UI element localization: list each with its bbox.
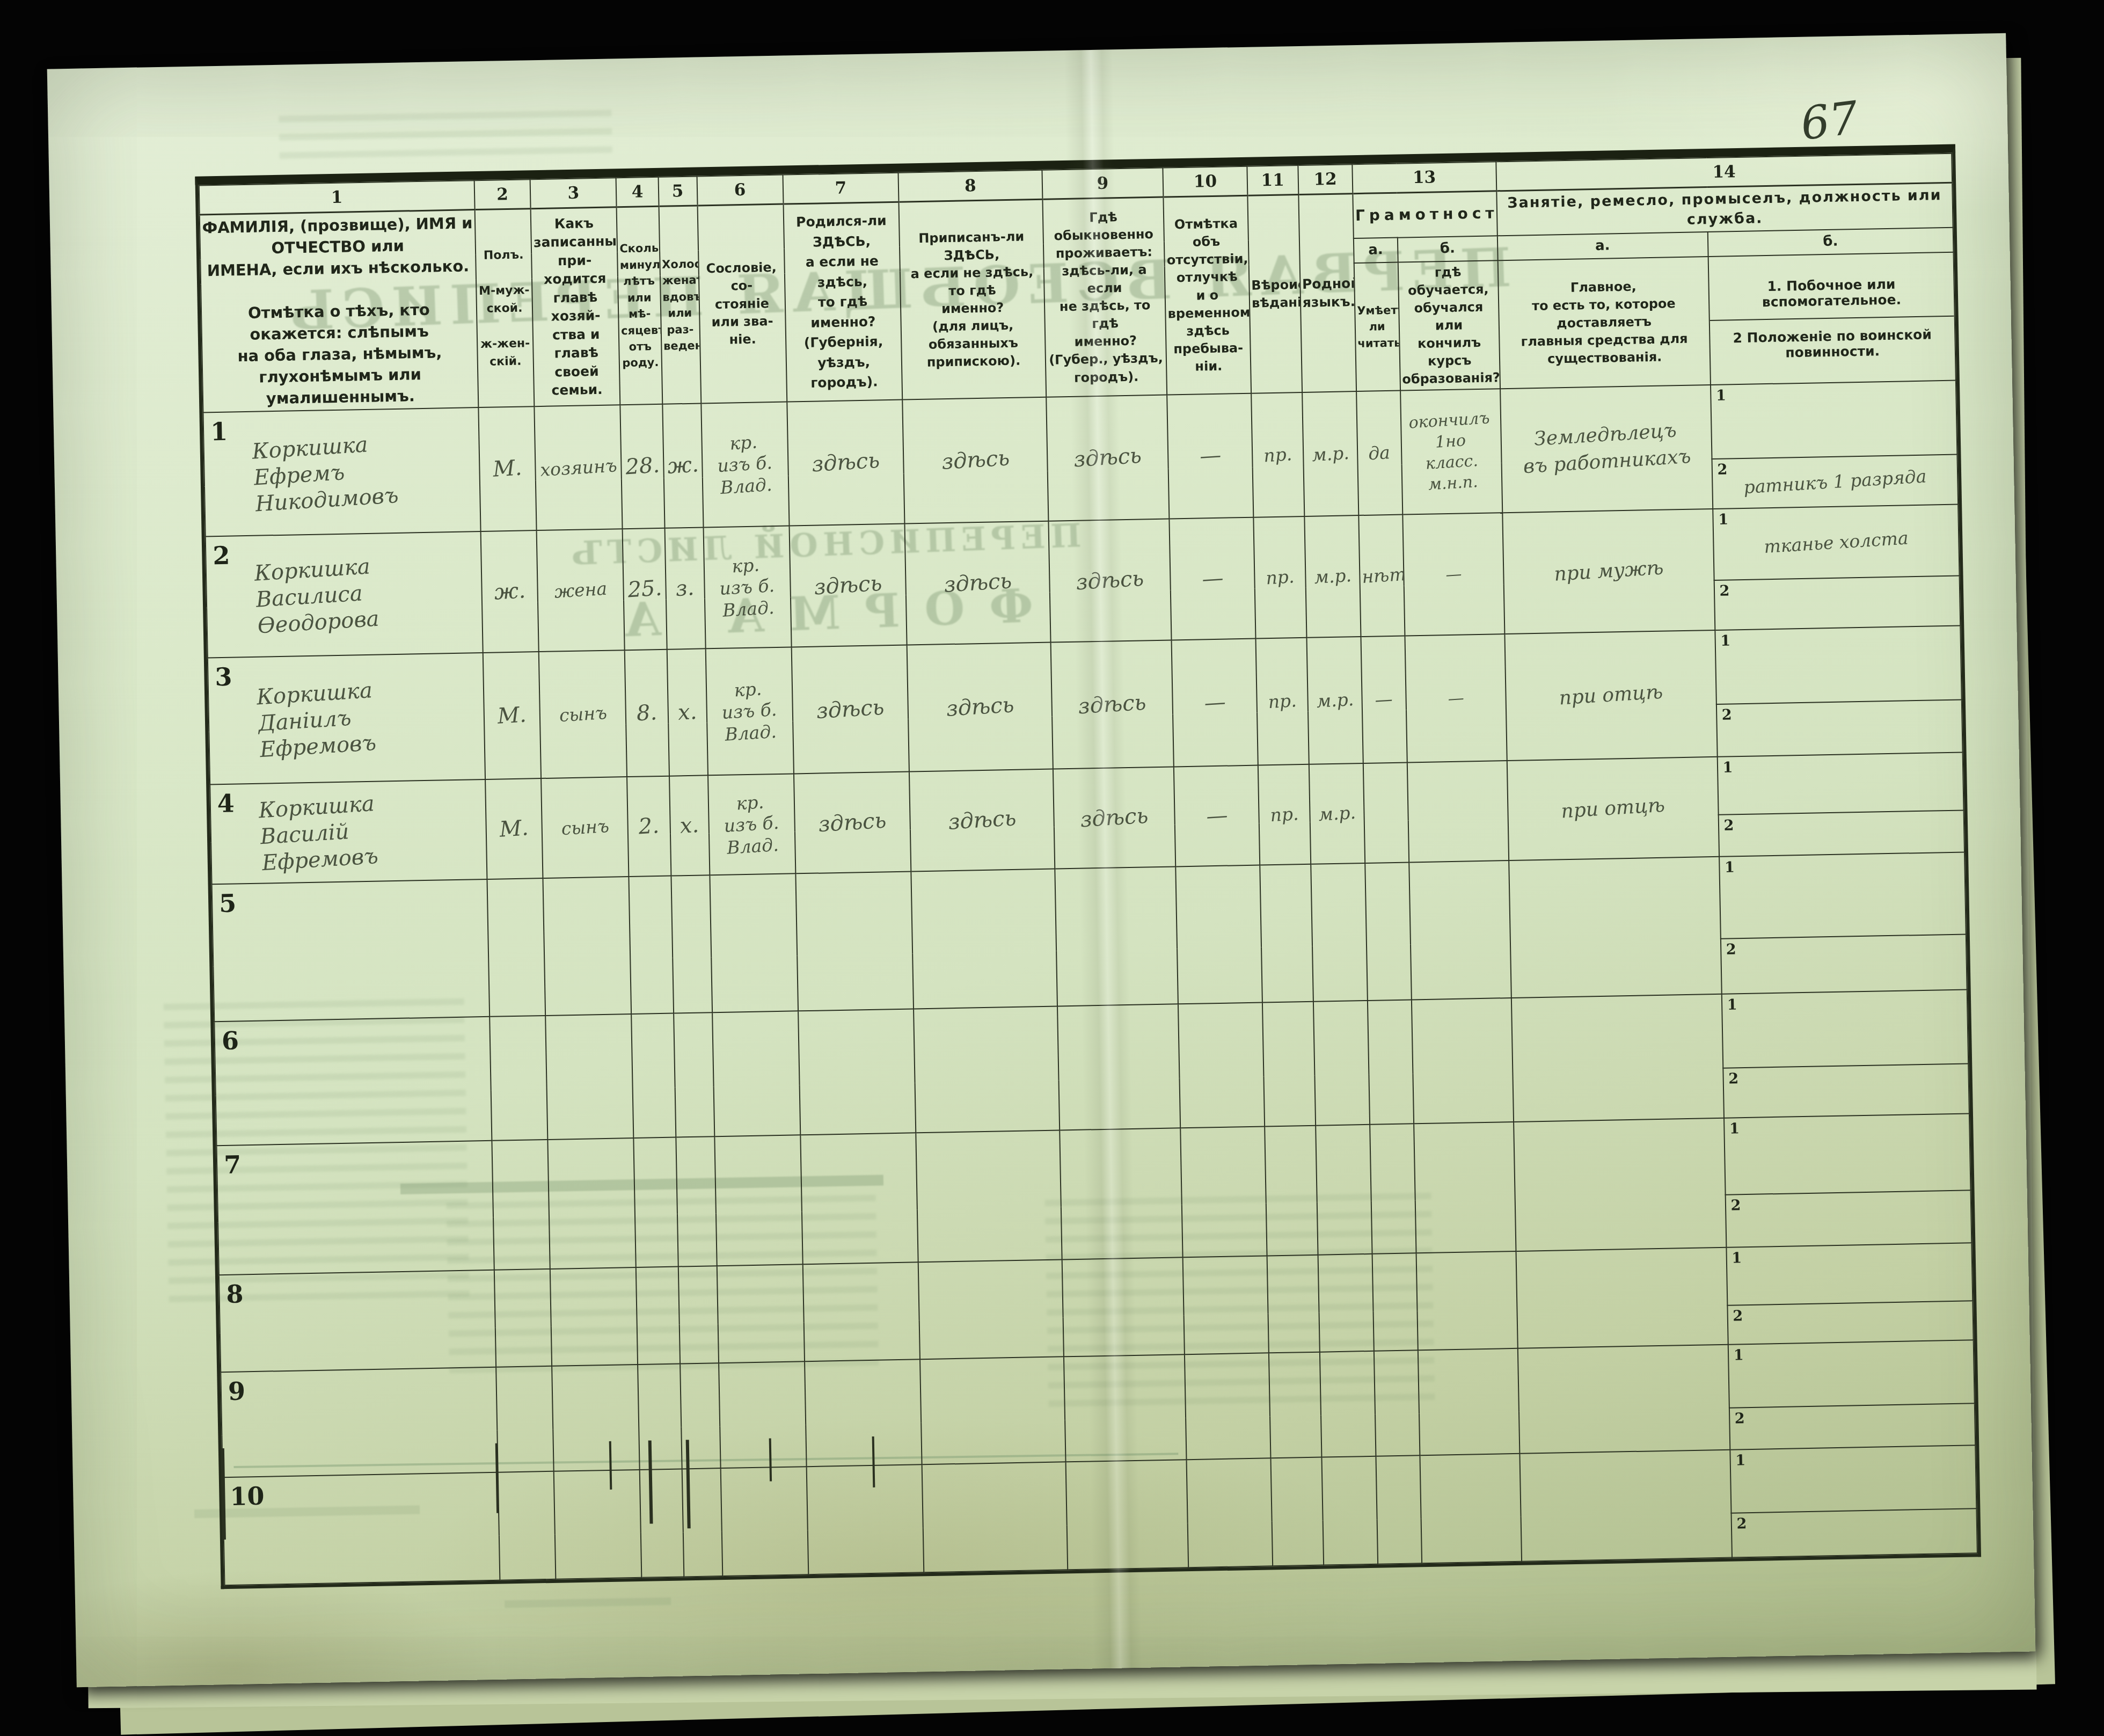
cell-language [1321, 1456, 1378, 1565]
cell-registration: здѣсь [909, 769, 1055, 872]
cell-sex [490, 1016, 548, 1141]
row-number: 7 [224, 1150, 242, 1180]
cell-occupation-side-1: 1 [1724, 1114, 1971, 1195]
cell-religion [1260, 864, 1313, 1003]
header-col-religion: Вѣроиспо- вѣданіе. [1247, 195, 1302, 393]
cell-language [1311, 863, 1368, 1002]
cell-estate [714, 1135, 802, 1266]
cell-registration [914, 1006, 1060, 1133]
hw-name: Коркишка Даніилъ Ефремовъ [256, 677, 377, 763]
cell-age [631, 1013, 676, 1138]
cell-language [1318, 1254, 1374, 1352]
cell-estate: кр. изъ б. Влад. [708, 774, 795, 876]
cell-literacy-read [1376, 1456, 1421, 1564]
cell-language [1320, 1351, 1376, 1457]
cell-residence [1055, 867, 1178, 1006]
cell-registration: здѣсь [907, 643, 1053, 772]
cell-occupation-side-2: 2 [1718, 811, 1964, 857]
cell-relation [552, 1365, 640, 1471]
cell-birthplace: здѣсь [794, 772, 911, 874]
cell-name: 2Коркишка Василиса Ѳеодорова [206, 531, 483, 658]
cell-language [1316, 1125, 1372, 1255]
header-occupation-side-2: 2 Положеніе по воинской повинности. [1709, 317, 1955, 371]
row-number: 6 [221, 1026, 239, 1056]
cell-relation [543, 877, 632, 1016]
cell-literacy-read: нѣт. [1358, 515, 1405, 637]
cell-estate [717, 1265, 804, 1363]
cell-residence: здѣсь [1050, 640, 1174, 769]
cell-residence: здѣсь [1046, 395, 1170, 521]
cell-occupation-main [1509, 857, 1722, 998]
cell-birthplace [798, 1009, 916, 1135]
cell-marital: ж. [662, 404, 703, 528]
header-occupation-side-1: 1. Побочное или вспомогательное. [1709, 266, 1954, 321]
cell-sex: М. [485, 778, 543, 879]
header-col-language: Родной языкъ. [1298, 194, 1356, 393]
cell-relation [550, 1267, 638, 1366]
col-number: 8 [898, 170, 1043, 202]
cell-birthplace [802, 1263, 920, 1362]
bleedthrough-paragraph [279, 110, 612, 164]
header-col-name: ФАМИЛІЯ, (прозвище), ИМЯ и ОТЧЕСТВО или … [200, 210, 478, 413]
cell-occupation-main [1519, 1450, 1732, 1562]
cell-age: 25. [623, 528, 667, 650]
cell-estate [719, 1362, 807, 1469]
cell-occupation-side-1: 1тканье холста [1713, 505, 1960, 580]
cell-relation [554, 1470, 642, 1579]
cell-absence [1183, 1256, 1269, 1355]
cell-occupation-main [1518, 1345, 1730, 1454]
cell-religion [1265, 1126, 1318, 1256]
cell-religion: пр. [1256, 638, 1309, 765]
cell-religion: пр. [1253, 516, 1306, 639]
cell-estate: кр. изъ б. Влад. [705, 647, 793, 776]
cell-registration [922, 1462, 1068, 1573]
cell-age [629, 876, 674, 1014]
cell-birthplace: здѣсь [791, 645, 909, 774]
cell-religion: пр. [1251, 392, 1304, 517]
cell-occupation-side-2: 2 [1716, 700, 1963, 757]
row-number: 8 [226, 1280, 244, 1309]
cell-literacy-read [1372, 1253, 1418, 1351]
cell-occupation-side-2: 2 [1723, 1064, 1969, 1118]
header-occupation-side: 1. Побочное или вспомогательное. 2 Полож… [1708, 252, 1956, 385]
cell-residence [1060, 1128, 1183, 1260]
header-literacy-title: Грамотность. [1353, 191, 1497, 238]
cell-literacy-education [1416, 1251, 1517, 1350]
row-number: 5 [219, 889, 237, 918]
row-number: 10 [230, 1482, 265, 1511]
cell-occupation-main: при отцѣ [1507, 757, 1719, 860]
cell-literacy-read [1368, 1000, 1414, 1125]
cell-sex [487, 878, 545, 1017]
cell-residence: здѣсь [1053, 767, 1176, 869]
cell-sex: М. [478, 406, 537, 531]
cell-literacy-read: да [1356, 391, 1402, 515]
hw-name: Коркишка Василиса Ѳеодорова [253, 553, 379, 639]
cell-marital: з. [664, 528, 705, 650]
header-col-birthplace: Родился-ли ЗДѢСЬ, а если не здѣсь, то гд… [783, 202, 902, 402]
cell-occupation-side-1: 1 [1728, 1340, 1974, 1408]
cell-residence [1065, 1460, 1188, 1570]
col-number: 6 [697, 175, 783, 206]
col-number: 2 [474, 179, 530, 209]
row-number: 9 [228, 1377, 245, 1406]
cell-literacy-education: — [1405, 634, 1507, 762]
cell-age [634, 1137, 678, 1267]
cell-registration [916, 1130, 1062, 1263]
header-col-age: Сколько минуло лѣтъ или мѣ- сяцевъ отъ р… [617, 206, 662, 405]
cell-occupation-side-1: 1 [1711, 381, 1957, 459]
cell-occupation-side-2: 2 [1727, 1301, 1974, 1345]
cell-age: 8. [625, 650, 669, 777]
census-table: 1 2 3 4 5 6 7 8 9 10 11 12 13 14 [195, 144, 1981, 1589]
cell-literacy-education [1418, 1348, 1519, 1455]
cell-birthplace [800, 1133, 918, 1265]
col-number: 13 [1352, 162, 1496, 193]
cell-marital [676, 1137, 717, 1267]
cell-sex [498, 1471, 556, 1580]
cell-sex [496, 1366, 554, 1472]
cell-language: м.р. [1306, 637, 1363, 764]
cell-name: 5 [212, 879, 490, 1022]
cell-name: 8 [219, 1270, 496, 1372]
header-col-absence: Отмѣтка объ отсутствіи, отлучкѣ и о врем… [1164, 195, 1251, 395]
cell-registration: здѣсь [902, 397, 1048, 524]
cell-name: 6 [214, 1017, 492, 1146]
cell-literacy-education [1414, 1122, 1516, 1253]
cell-occupation-side-1: 1 [1730, 1446, 1976, 1513]
cell-residence [1057, 1004, 1181, 1130]
header-col-sex: Полъ. М-муж- ской. ж-жен- скій. [474, 209, 534, 408]
cell-occupation-main: при отцѣ [1504, 630, 1717, 761]
header-occupation-title: Занятіе, ремесло, промыселъ, должность и… [1496, 183, 1953, 236]
cell-relation: сынъ [541, 777, 629, 878]
header-literacy-read: Умѣетъ- ли читать? [1354, 262, 1400, 391]
cell-occupation-main: Земледѣлецъ въ работникахъ [1500, 385, 1713, 513]
cell-religion [1270, 1457, 1323, 1566]
cell-age [640, 1469, 684, 1578]
cell-age: 2. [627, 776, 671, 877]
row-number: 2 [213, 541, 230, 571]
cell-literacy-read [1363, 763, 1409, 863]
page-number: 67 [1798, 91, 1861, 150]
cell-occupation-side-1: 1 [1717, 753, 1963, 815]
cell-estate: кр. изъ б. Влад. [701, 402, 789, 528]
cell-age [636, 1267, 680, 1365]
cell-literacy-education [1407, 761, 1509, 862]
cell-name: 10 [223, 1472, 500, 1585]
cell-absence [1187, 1458, 1273, 1568]
cell-birthplace [795, 872, 914, 1011]
cell-occupation-side-1: 1 [1715, 626, 1962, 704]
cell-occupation-side-2: 2 [1714, 576, 1960, 630]
cell-literacy-read [1374, 1351, 1420, 1456]
cell-occupation-main: при мужѣ [1502, 509, 1715, 634]
cell-absence: — [1174, 765, 1260, 867]
header-col-estate: Сословіе, со- стояніе или зва- ніе. [697, 204, 787, 404]
cell-birthplace: здѣсь [789, 524, 907, 647]
cell-residence [1062, 1258, 1185, 1357]
cell-birthplace [806, 1465, 924, 1575]
header-col-relation: Какъ записанный при- ходится главѣ хозяй… [531, 207, 620, 407]
cell-absence: — [1172, 639, 1258, 767]
cell-sex: ж. [480, 530, 539, 653]
cell-occupation-side-1: 1 [1721, 990, 1968, 1068]
row-number: 1 [210, 417, 228, 447]
cell-literacy-education [1409, 860, 1511, 1000]
cell-relation: жена [537, 529, 625, 652]
cell-language: м.р. [1309, 763, 1365, 864]
cell-birthplace: здѣсь [787, 400, 905, 526]
row-number: 4 [217, 789, 235, 819]
cell-relation [545, 1014, 633, 1140]
cell-occupation-side-2: 2 [1725, 1191, 1971, 1248]
cell-sex [492, 1140, 550, 1270]
col-number: 3 [530, 178, 617, 208]
header-literacy-education: гдѣ обучается, обучался или кончилъ курс… [1398, 260, 1500, 391]
cell-relation: хозяинъ [535, 405, 623, 530]
header-col-marital: Холостъ, женатъ, вдовъ или раз- веденъ. [659, 206, 701, 404]
cell-estate [710, 874, 798, 1013]
cell-absence [1175, 865, 1262, 1004]
cell-occupation-main [1516, 1248, 1728, 1348]
cell-absence [1178, 1003, 1265, 1128]
cell-marital: х. [667, 649, 707, 776]
hw-name: Коркишка Ефремъ Никодимовъ [251, 430, 399, 517]
cell-absence [1180, 1127, 1267, 1258]
col-number: 10 [1163, 166, 1248, 197]
col-number: 11 [1247, 165, 1298, 195]
cell-literacy-education [1420, 1454, 1522, 1563]
cell-name: 1Коркишка Ефремъ Никодимовъ [203, 407, 480, 536]
census-page: ПЕРВАЯ ВСЕОБЩАЯ ПЕРЕПИСЬ ПЕРЕПИСНОЙ ЛИСТ… [47, 33, 2036, 1687]
cell-birthplace [805, 1360, 922, 1467]
header-literacy-a: а. [1354, 237, 1398, 262]
cell-estate: кр. изъ б. Влад. [703, 526, 791, 649]
cell-occupation-main [1511, 994, 1724, 1122]
col-number: 9 [1042, 168, 1163, 200]
cell-estate [720, 1467, 808, 1576]
cell-estate [712, 1011, 800, 1137]
cell-registration [920, 1357, 1065, 1465]
col-number: 1 [199, 180, 475, 215]
cell-occupation-side-2: 2 [1721, 935, 1967, 994]
row-number: 3 [215, 662, 232, 692]
cell-religion [1269, 1352, 1321, 1458]
cell-occupation-main [1514, 1118, 1726, 1251]
cell-occupation-side-1: 1 [1726, 1243, 1972, 1305]
cell-language: м.р. [1304, 515, 1361, 638]
cell-religion [1267, 1255, 1320, 1353]
cell-marital: х. [669, 776, 710, 876]
cell-registration [918, 1260, 1064, 1360]
cell-literacy-education: — [1402, 513, 1504, 636]
cell-absence: — [1167, 393, 1253, 519]
cell-registration [911, 869, 1057, 1009]
cell-relation [548, 1138, 636, 1269]
cell-occupation-side-2: 2 [1731, 1509, 1977, 1558]
cell-absence [1185, 1353, 1270, 1460]
cell-occupation-side-1: 1 [1719, 852, 1966, 939]
cell-residence: здѣсь [1048, 519, 1171, 643]
cell-name: 9 [221, 1367, 498, 1477]
cell-marital [671, 876, 712, 1013]
cell-religion: пр. [1258, 764, 1311, 865]
cell-age [638, 1364, 682, 1470]
cell-language [1313, 1001, 1370, 1126]
cell-occupation-side-2: 2 [1729, 1404, 1976, 1450]
hw-name: Коркишка Василій Ефремовъ [258, 791, 379, 877]
col-number: 12 [1298, 164, 1353, 194]
cell-age: 28. [620, 404, 665, 529]
census-sheet-photo: ПЕРВАЯ ВСЕОБЩАЯ ПЕРЕПИСЬ ПЕРЕПИСНОЙ ЛИСТ… [0, 0, 2104, 1736]
cell-registration: здѣсь [905, 521, 1051, 645]
cell-absence: — [1170, 517, 1256, 640]
cell-marital [674, 1013, 714, 1137]
cell-residence [1064, 1355, 1187, 1462]
header-col-residence: Гдѣ обыкновенно проживаетъ: здѣсь-ли, а … [1042, 197, 1167, 397]
printer-imprint [505, 1598, 671, 1608]
header-occupation-b: б. [1707, 227, 1953, 256]
col-number: 4 [616, 177, 659, 207]
cell-literacy-education: окончилъ 1но класс. м.н.п. [1400, 389, 1502, 514]
header-occupation-main: Главное, то есть то, которое доставляетъ… [1497, 257, 1710, 389]
cell-marital [678, 1266, 718, 1363]
cell-literacy-read [1365, 863, 1411, 1001]
cell-literacy-read: — [1361, 636, 1407, 763]
cell-name: 3Коркишка Даніилъ Ефремовъ [208, 653, 485, 784]
cell-name: 4Коркишка Василій Ефремовъ [210, 779, 487, 884]
header-occupation-a: а. [1497, 232, 1708, 260]
cell-literacy-read [1370, 1124, 1416, 1254]
cell-sex [494, 1269, 552, 1367]
col-number: 5 [658, 177, 697, 207]
header-col-registration: Приписанъ-ли ЗДѢСЬ, а если не здѣсь, то … [899, 199, 1047, 400]
cell-name: 7 [216, 1141, 494, 1275]
cell-sex: М. [483, 652, 542, 779]
header-literacy-b: б. [1397, 236, 1497, 262]
cell-literacy-education [1411, 998, 1513, 1124]
cell-religion [1262, 1002, 1316, 1127]
cell-occupation-side-2: 2ратникъ 1 разряда [1712, 455, 1958, 509]
col-number: 7 [783, 173, 899, 204]
cell-relation: сынъ [539, 650, 627, 778]
cell-language: м.р. [1302, 391, 1358, 516]
